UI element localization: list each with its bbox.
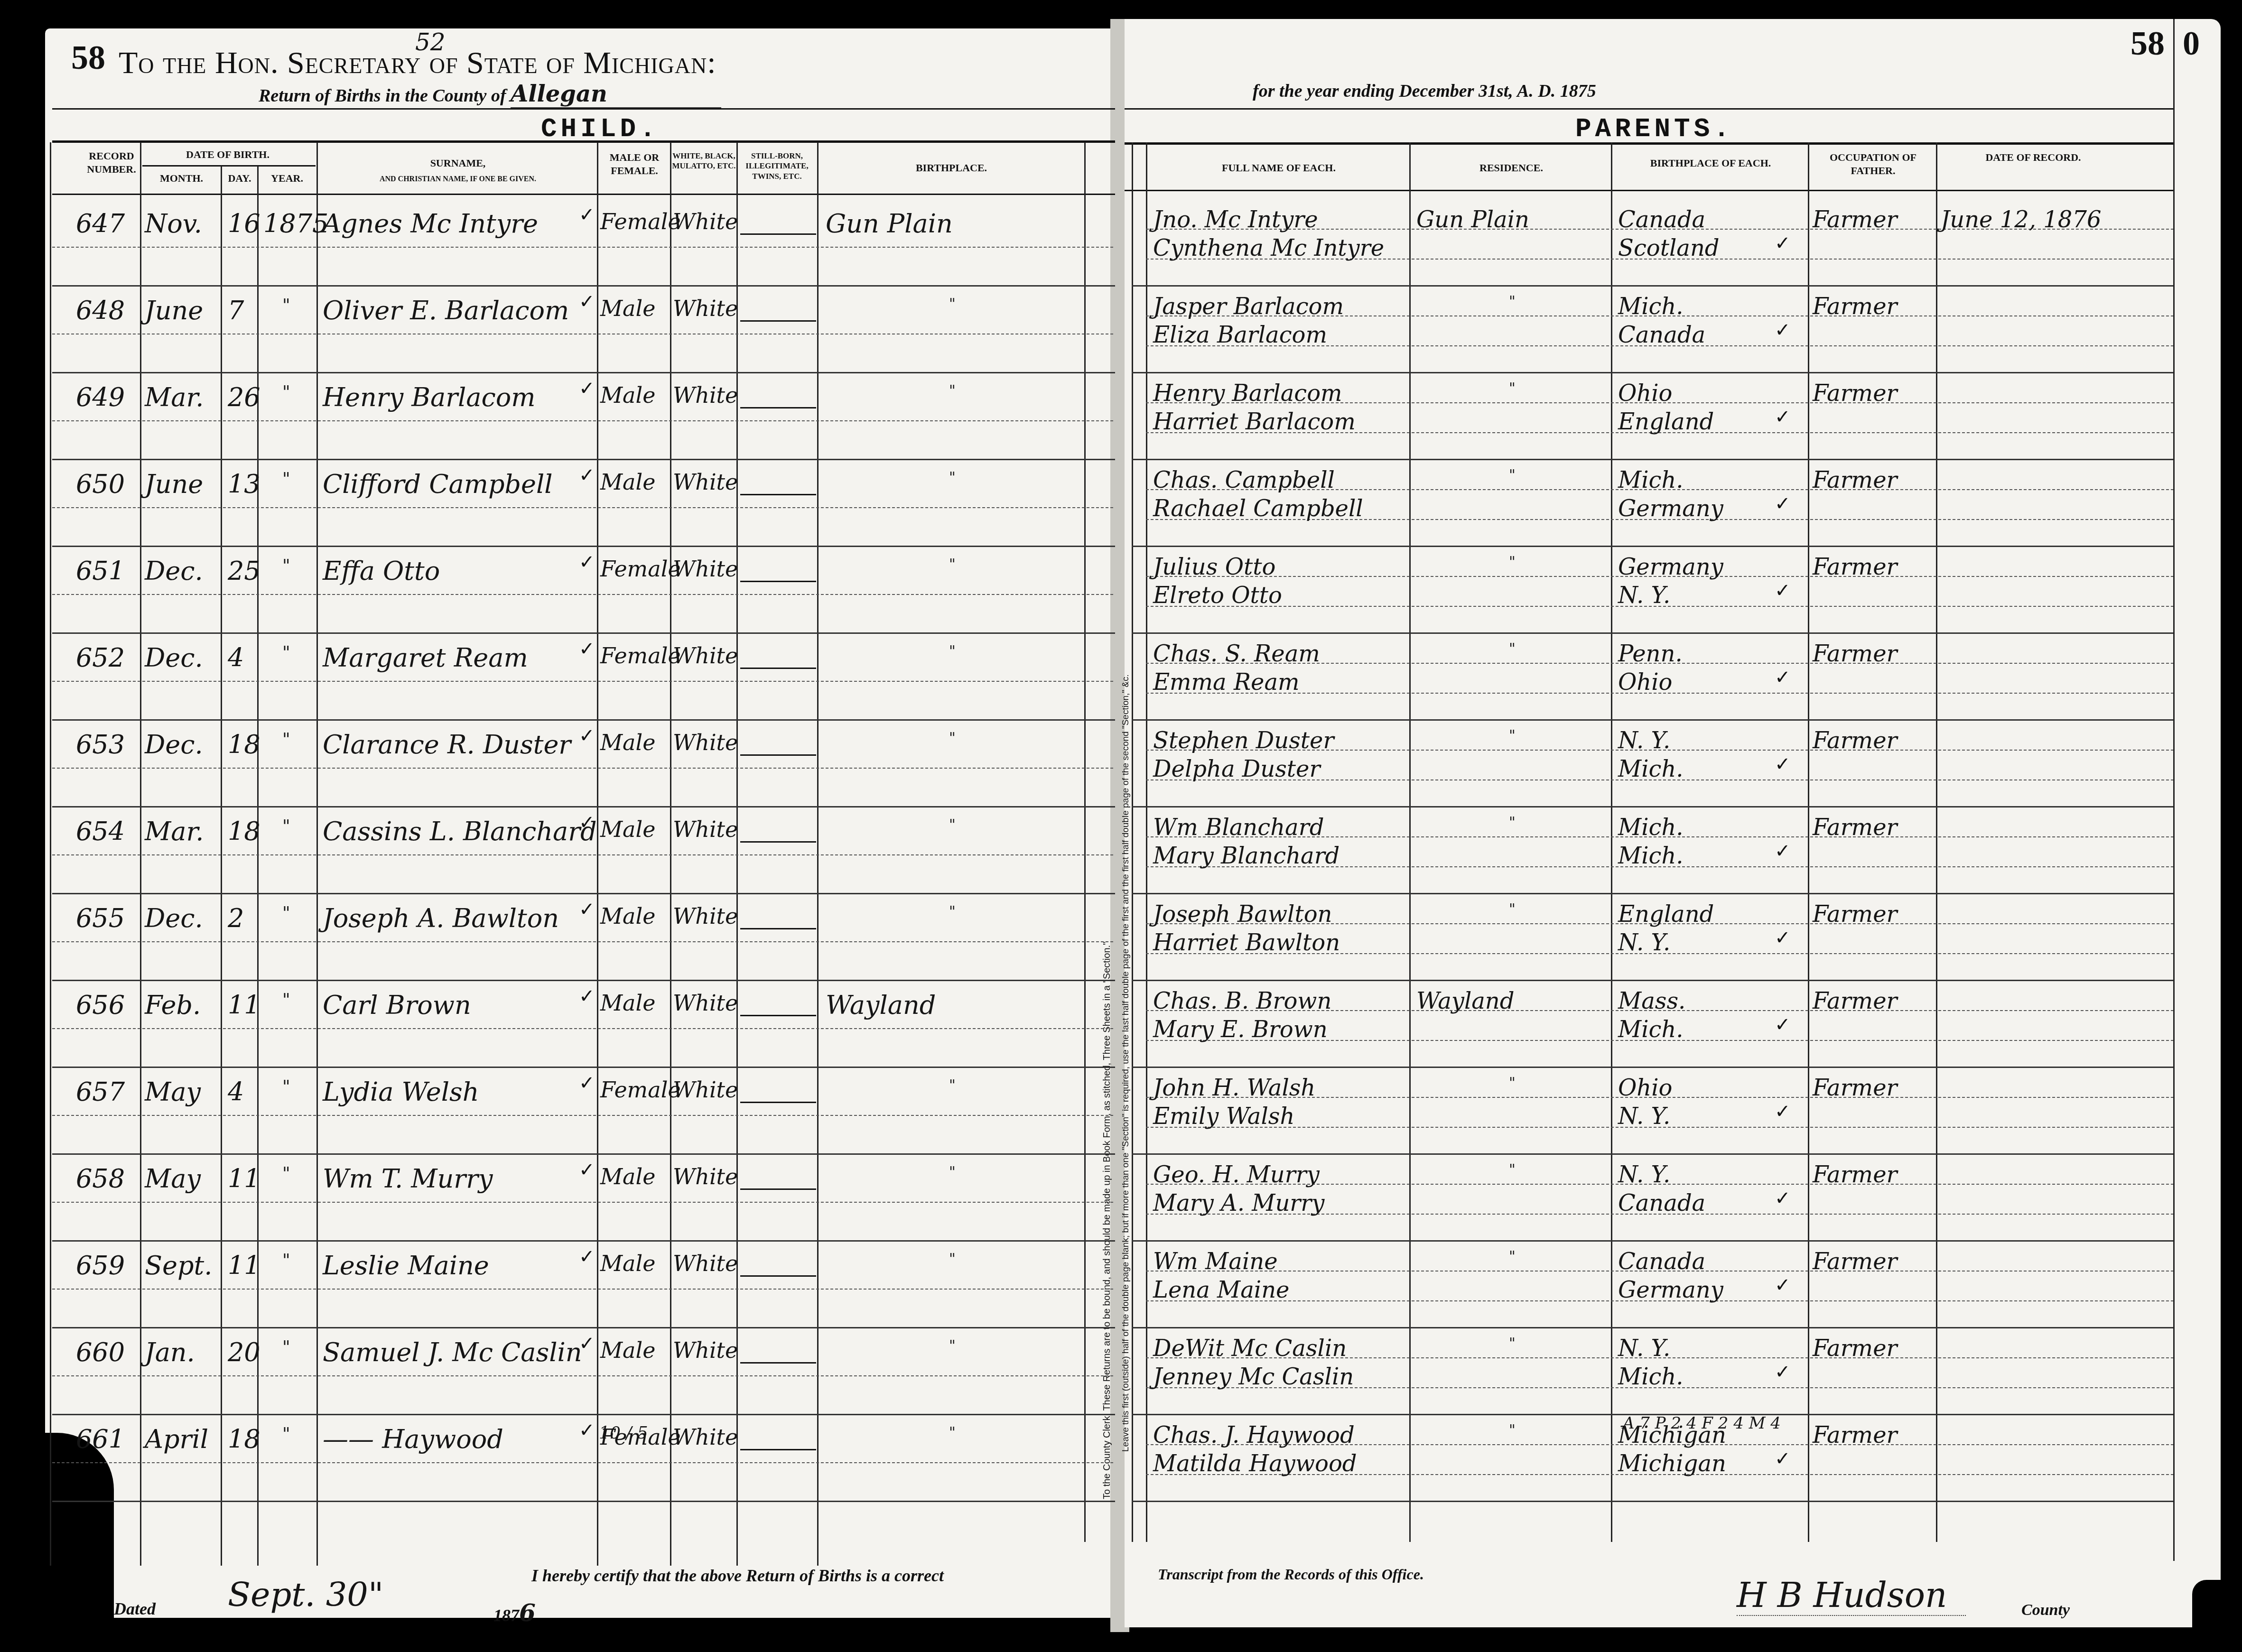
row-rule-right (1132, 980, 2173, 981)
father-birthplace: N. Y. (1618, 1335, 1670, 1362)
child-birthplace: Gun Plain (826, 209, 953, 239)
check-mark: ✓ (579, 1420, 595, 1441)
check-mark: ✓ (1775, 1014, 1791, 1036)
check-mark: ✓ (579, 812, 595, 834)
row-rule (52, 719, 1115, 721)
check-mark: ✓ (579, 464, 595, 486)
child-race: White (673, 817, 738, 842)
child-birthplace: " (949, 556, 956, 573)
row-rule-right (1132, 1153, 2173, 1155)
birth-month: Dec. (145, 556, 203, 586)
dated-year-suffix: 6 (519, 1599, 536, 1627)
stillborn-dash (740, 754, 816, 756)
row-rule-right (1132, 632, 2173, 634)
father-birthplace: Penn. (1618, 640, 1683, 667)
transcript-text: Transcript from the Records of this Offi… (1158, 1566, 1424, 1583)
col-line (316, 142, 318, 1566)
mother-name: Harriet Bawlton (1153, 929, 1340, 956)
header-rule-right-2 (1125, 142, 2173, 145)
parent-residence: " (1509, 467, 1516, 483)
parent-residence: " (1509, 1422, 1516, 1439)
clerk-signature: H B Hudson (1737, 1575, 1966, 1616)
father-birthplace: Ohio (1618, 1075, 1673, 1101)
father-birthplace: N. Y. (1618, 1161, 1670, 1188)
child-sex: Female (600, 643, 681, 668)
tally-annotation: A 7 P 2 4 F 2 4 M 4 (1623, 1414, 1781, 1433)
father-birthplace: Canada (1618, 1248, 1705, 1275)
check-mark: ✓ (579, 1333, 595, 1355)
child-birthplace: Wayland (826, 990, 936, 1020)
right-page-number: 58 (2130, 24, 2165, 63)
stillborn-dash (740, 233, 816, 235)
year-ending: for the year ending December 31st, A. D.… (1253, 81, 1596, 102)
left-page-number: 58 (71, 38, 105, 77)
row-rule-right (1132, 719, 2173, 721)
child-sex: Male (600, 1251, 655, 1276)
birth-year: " (282, 990, 290, 1010)
row-rule (52, 1067, 1115, 1068)
dated-year-prefix: 187 (493, 1606, 519, 1625)
child-sex: Male (600, 296, 655, 321)
child-sex: Male (600, 1337, 655, 1363)
birth-month: Sept. (145, 1251, 212, 1281)
child-race: White (673, 1251, 738, 1276)
row-rule (52, 285, 1115, 287)
child-section-heading: CHILD. (541, 114, 660, 144)
mother-name: Cynthena Mc Intyre (1153, 235, 1384, 261)
row-rule (52, 806, 1115, 807)
father-birthplace: Germany (1618, 554, 1723, 580)
mother-birthplace: N. Y. (1618, 582, 1670, 609)
birth-day: 25 (228, 556, 260, 586)
father-name: John H. Walsh (1153, 1075, 1315, 1101)
date-of-record: June 12, 1876 (1941, 206, 2101, 233)
row-rule (52, 1327, 1115, 1328)
check-mark: ✓ (579, 1246, 595, 1268)
check-mark: ✓ (1775, 1274, 1791, 1296)
birth-year: " (282, 1164, 290, 1183)
child-name: Henry Barlacom (323, 382, 535, 412)
row-rule (52, 459, 1115, 460)
parent-residence: " (1509, 554, 1516, 570)
row-mid-rule (52, 420, 1115, 421)
child-birthplace: " (949, 817, 956, 833)
father-birthplace: England (1618, 901, 1714, 928)
child-race: White (673, 1077, 738, 1103)
father-occupation: Farmer (1813, 901, 1897, 928)
row-rule-right (1132, 285, 2173, 287)
parent-residence: " (1509, 727, 1516, 744)
birth-year: " (282, 296, 290, 315)
mother-birthplace: Germany (1618, 1277, 1723, 1303)
mother-birthplace: Scotland (1618, 235, 1720, 261)
birth-year: " (282, 643, 290, 662)
header-rule-right (1125, 108, 2173, 110)
certify-text: I hereby certify that the above Return o… (531, 1566, 944, 1586)
birth-month: Dec. (145, 643, 203, 673)
parent-residence: Wayland (1416, 988, 1515, 1014)
stillborn-dash (740, 1275, 816, 1277)
birth-day: 2 (228, 903, 244, 933)
child-race: White (673, 382, 738, 408)
record-number: 648 (76, 296, 125, 325)
birth-year: " (282, 382, 290, 402)
parent-residence: " (1509, 380, 1516, 397)
father-name: Jasper Barlacom (1153, 293, 1344, 320)
row-mid-rule (52, 768, 1115, 769)
stillborn-dash (740, 1188, 816, 1190)
birth-month: Dec. (145, 903, 203, 933)
child-name: Margaret Ream (323, 643, 528, 673)
father-name: Julius Otto (1153, 554, 1276, 580)
dated-label: Dated (114, 1599, 156, 1619)
check-mark: ✓ (579, 1072, 595, 1094)
col-name-sub: and Christian name, if one be given. (318, 175, 598, 184)
col-line (1132, 142, 1133, 1542)
col-line (597, 142, 598, 1566)
birth-month: May (145, 1077, 201, 1107)
mother-name: Emily Walsh (1153, 1103, 1294, 1130)
child-sex: Male (600, 990, 655, 1016)
mother-name: Emma Ream (1153, 669, 1300, 696)
mother-name: Mary Blanchard (1153, 843, 1340, 869)
child-race: White (673, 209, 738, 234)
col-race: White, Black, Mulatto, Etc. (672, 151, 736, 171)
col-parent-birthplace: Birthplace of Each. (1613, 157, 1808, 170)
parent-residence: " (1509, 1075, 1516, 1091)
row-rule-right (1132, 372, 2173, 373)
check-mark: ✓ (579, 899, 595, 920)
torn-corner-right (2192, 1580, 2242, 1652)
mother-name: Delpha Duster (1153, 756, 1320, 782)
record-number: 647 (76, 209, 125, 239)
check-mark: ✓ (1775, 840, 1791, 862)
check-mark: ✓ (579, 204, 595, 226)
row-rule-right (1132, 806, 2173, 807)
child-race: White (673, 903, 738, 929)
check-mark: ✓ (579, 638, 595, 660)
row-rule-right (1132, 546, 2173, 547)
row-rule (52, 1153, 1115, 1155)
child-name: Lydia Welsh (323, 1077, 479, 1107)
header-rule-2 (52, 140, 1115, 143)
child-race: White (673, 990, 738, 1016)
check-mark: ✓ (1775, 1188, 1791, 1209)
father-occupation: Farmer (1813, 1422, 1897, 1448)
row-mid-rule (52, 1202, 1115, 1203)
check-mark: ✓ (1775, 1361, 1791, 1383)
check-mark: ✓ (579, 985, 595, 1007)
father-name: Geo. H. Murry (1153, 1161, 1320, 1188)
record-number: 657 (76, 1077, 125, 1107)
dated-value: Sept. 30" (228, 1575, 383, 1614)
child-race: White (673, 469, 738, 495)
row-rule-right (1132, 1240, 2173, 1242)
row-rule-right (1132, 459, 2173, 460)
child-race: White (673, 1164, 738, 1189)
col-line (2173, 19, 2175, 1561)
birth-year: " (282, 469, 290, 489)
stillborn-dash (740, 1015, 816, 1016)
col-parent-full-name: Full Name of Each. (1148, 161, 1409, 175)
row-mid-rule (52, 1289, 1115, 1290)
row-mid-rule (52, 1028, 1115, 1029)
record-number: 650 (76, 469, 125, 499)
father-birthplace: Mass. (1618, 988, 1685, 1014)
birth-day: 4 (228, 1077, 244, 1107)
date-sub-rule (142, 165, 316, 167)
father-occupation: Farmer (1813, 467, 1897, 493)
child-name: Samuel J. Mc Caslin (323, 1337, 582, 1367)
birth-day: 18 (228, 1424, 260, 1454)
parent-residence: Gun Plain (1416, 206, 1529, 233)
row-rule (52, 372, 1115, 373)
stillborn-dash (740, 581, 816, 582)
birth-year: " (282, 1077, 290, 1096)
child-name: Oliver E. Barlacom (323, 296, 569, 325)
father-occupation: Farmer (1813, 814, 1897, 841)
parent-residence: " (1509, 1248, 1516, 1265)
check-mark: ✓ (579, 378, 595, 399)
col-occupation: Occupation of Father. (1810, 151, 1936, 177)
child-sex: Male (600, 469, 655, 495)
row-mid-rule (52, 507, 1115, 508)
row-mid-rule (52, 334, 1115, 334)
child-race: White (673, 730, 738, 755)
tally-marks: 10 / 5 (599, 1423, 648, 1443)
col-line (221, 166, 222, 1566)
col-day: Day. (223, 172, 256, 185)
row-mid-rule (52, 594, 1115, 595)
col-line (1936, 142, 1937, 1542)
col-line (817, 142, 819, 1566)
child-race: White (673, 1337, 738, 1363)
birth-day: 4 (228, 643, 244, 673)
child-birthplace: " (949, 903, 956, 920)
row-rule (52, 1501, 1115, 1502)
row-mid-rule (52, 941, 1115, 942)
child-race: White (673, 556, 738, 582)
mother-name: Matilda Haywood (1153, 1450, 1357, 1477)
birth-day: 20 (228, 1337, 260, 1367)
record-number: 652 (76, 643, 125, 673)
right-edge-number: 0 (2183, 24, 2200, 63)
child-birthplace: " (949, 1164, 956, 1180)
stillborn-dash (740, 1449, 816, 1450)
child-name: —— Haywood (323, 1424, 503, 1454)
row-mid-rule (52, 1462, 1115, 1463)
parent-residence: " (1509, 640, 1516, 657)
birth-day: 16 (228, 209, 260, 239)
birth-month: Mar. (145, 382, 204, 412)
record-number: 649 (76, 382, 125, 412)
county-label: County (2021, 1601, 2070, 1619)
father-occupation: Farmer (1813, 293, 1897, 320)
check-mark: ✓ (1775, 1448, 1791, 1470)
stillborn-dash (740, 1102, 816, 1103)
mother-birthplace: Canada (1618, 322, 1705, 348)
father-name: Chas. S. Ream (1153, 640, 1320, 667)
check-mark: ✓ (579, 551, 595, 573)
father-occupation: Farmer (1813, 554, 1897, 580)
check-mark: ✓ (1775, 406, 1791, 428)
col-line (1084, 142, 1086, 1542)
col-sex: Male or Female. (599, 151, 670, 177)
birth-day: 26 (228, 382, 260, 412)
birth-day: 13 (228, 469, 260, 499)
child-birthplace: " (949, 382, 956, 399)
row-mid-rule (52, 1115, 1115, 1116)
father-occupation: Farmer (1813, 988, 1897, 1014)
child-birthplace: " (949, 1251, 956, 1267)
mother-birthplace: Mich. (1618, 1364, 1684, 1390)
mother-birthplace: Mich. (1618, 1016, 1684, 1043)
birth-month: Nov. (145, 209, 202, 239)
mother-birthplace: Ohio (1618, 669, 1673, 696)
check-mark: ✓ (1775, 753, 1791, 775)
father-name: Joseph Bawlton (1153, 901, 1332, 928)
child-birthplace: " (949, 1077, 956, 1094)
stillborn-dash (740, 1362, 816, 1364)
stillborn-dash (740, 407, 816, 408)
child-sex: Female (600, 209, 681, 234)
row-rule (52, 893, 1115, 894)
child-name: Joseph A. Bawlton (323, 903, 559, 933)
col-date-of-record: Date of Record. (1938, 151, 2128, 164)
row-mid-rule (52, 681, 1115, 682)
col-residence: Residence. (1412, 161, 1611, 175)
mother-name: Mary A. Murry (1153, 1190, 1324, 1216)
father-name: Chas. Campbell (1153, 467, 1335, 493)
mother-name: Jenney Mc Caslin (1153, 1364, 1354, 1390)
check-mark: ✓ (1775, 667, 1791, 688)
row-rule-right (1132, 893, 2173, 894)
birth-day: 7 (228, 296, 244, 325)
father-name: Jno. Mc Intyre (1153, 206, 1318, 233)
parent-residence: " (1509, 901, 1516, 918)
side-note-county-clerk: To the County Clerk: These Returns are t… (1102, 942, 1113, 1499)
col-birthplace: Birthplace. (819, 161, 1084, 175)
birth-year: " (282, 556, 290, 575)
parent-residence: " (1509, 1161, 1516, 1178)
birth-year: " (282, 1337, 290, 1357)
row-rule-right (1132, 1327, 2173, 1328)
child-sex: Female (600, 556, 681, 582)
subtitle-prefix: Return of Births in the County of (259, 86, 506, 106)
row-rule (52, 632, 1115, 634)
father-name: Chas. J. Haywood (1153, 1422, 1355, 1448)
child-birthplace: " (949, 1424, 956, 1441)
col-line (140, 142, 141, 1566)
col-record-number: Record Number. (85, 149, 138, 176)
father-name: Chas. B. Brown (1153, 988, 1331, 1014)
birth-year: " (282, 1251, 290, 1270)
record-number: 653 (76, 730, 125, 760)
father-occupation: Farmer (1813, 727, 1897, 754)
mother-name: Harriet Barlacom (1153, 408, 1356, 435)
birth-month: April (145, 1424, 208, 1454)
mother-birthplace: Mich. (1618, 756, 1684, 782)
stillborn-dash (740, 668, 816, 669)
mother-birthplace: N. Y. (1618, 1103, 1670, 1130)
check-mark: ✓ (1775, 319, 1791, 341)
row-rule (52, 980, 1115, 981)
birth-month: Mar. (145, 817, 204, 846)
father-name: Henry Barlacom (1153, 380, 1342, 407)
parent-residence: " (1509, 293, 1516, 310)
mother-name: Mary E. Brown (1153, 1016, 1328, 1043)
child-birthplace: " (949, 469, 956, 486)
birth-year: " (282, 903, 290, 923)
parent-residence: " (1509, 814, 1516, 831)
col-date-of-birth: Date of Birth. (142, 148, 313, 161)
child-birthplace: " (949, 1337, 956, 1354)
form-title: To the Hon. Secretary of State of Michig… (119, 45, 716, 81)
father-birthplace: Mich. (1618, 814, 1684, 841)
col-year: Year. (259, 172, 316, 185)
row-mid-rule (52, 247, 1115, 248)
birth-year: " (282, 1424, 290, 1444)
col-stillborn: Still-born, Illegitimate, Twins, Etc. (738, 151, 816, 181)
check-mark: ✓ (579, 725, 595, 747)
child-race: White (673, 1424, 738, 1450)
father-occupation: Farmer (1813, 1075, 1897, 1101)
child-name: Clarance R. Duster (323, 730, 571, 760)
birth-year: " (282, 817, 290, 836)
parents-section-heading: PARENTS. (1575, 114, 1733, 144)
stillborn-dash (740, 320, 816, 322)
dated-year: 1876 (493, 1599, 536, 1627)
stillborn-dash (740, 494, 816, 495)
father-occupation: Farmer (1813, 380, 1897, 407)
record-number: 661 (76, 1424, 125, 1454)
father-name: Wm Maine (1153, 1248, 1278, 1275)
col-line (1409, 142, 1411, 1542)
child-sex: Male (600, 1164, 655, 1189)
check-mark: ✓ (1775, 580, 1791, 602)
child-birthplace: " (949, 730, 956, 746)
record-number: 654 (76, 817, 125, 846)
father-birthplace: Mich. (1618, 293, 1684, 320)
father-birthplace: Ohio (1618, 380, 1673, 407)
mother-name: Elreto Otto (1153, 582, 1282, 609)
birth-month: Dec. (145, 730, 203, 760)
mother-birthplace: Canada (1618, 1190, 1705, 1216)
child-name: Effa Otto (323, 556, 440, 586)
child-name: Wm T. Murry (323, 1164, 493, 1194)
table-top-rule-left (52, 194, 1115, 195)
record-number: 660 (76, 1337, 125, 1367)
child-sex: Female (600, 1077, 681, 1103)
child-race: White (673, 643, 738, 668)
row-rule-right (1132, 1501, 2173, 1502)
child-sex: Male (600, 903, 655, 929)
birth-month: June (145, 296, 203, 325)
child-sex: Male (600, 817, 655, 842)
child-name: Cassins L. Blanchard (323, 817, 597, 846)
father-birthplace: N. Y. (1618, 727, 1670, 754)
father-name: Wm Blanchard (1153, 814, 1324, 841)
child-sex: Male (600, 730, 655, 755)
birth-day: 18 (228, 817, 260, 846)
side-note-leave-blank: Leave this first (outside) half of the d… (1121, 674, 1131, 1452)
child-birthplace: " (949, 296, 956, 312)
stillborn-dash (740, 841, 816, 843)
birth-day: 11 (228, 1251, 260, 1281)
record-number: 658 (76, 1164, 125, 1194)
check-mark: ✓ (1775, 232, 1791, 254)
birth-year: " (282, 730, 290, 749)
